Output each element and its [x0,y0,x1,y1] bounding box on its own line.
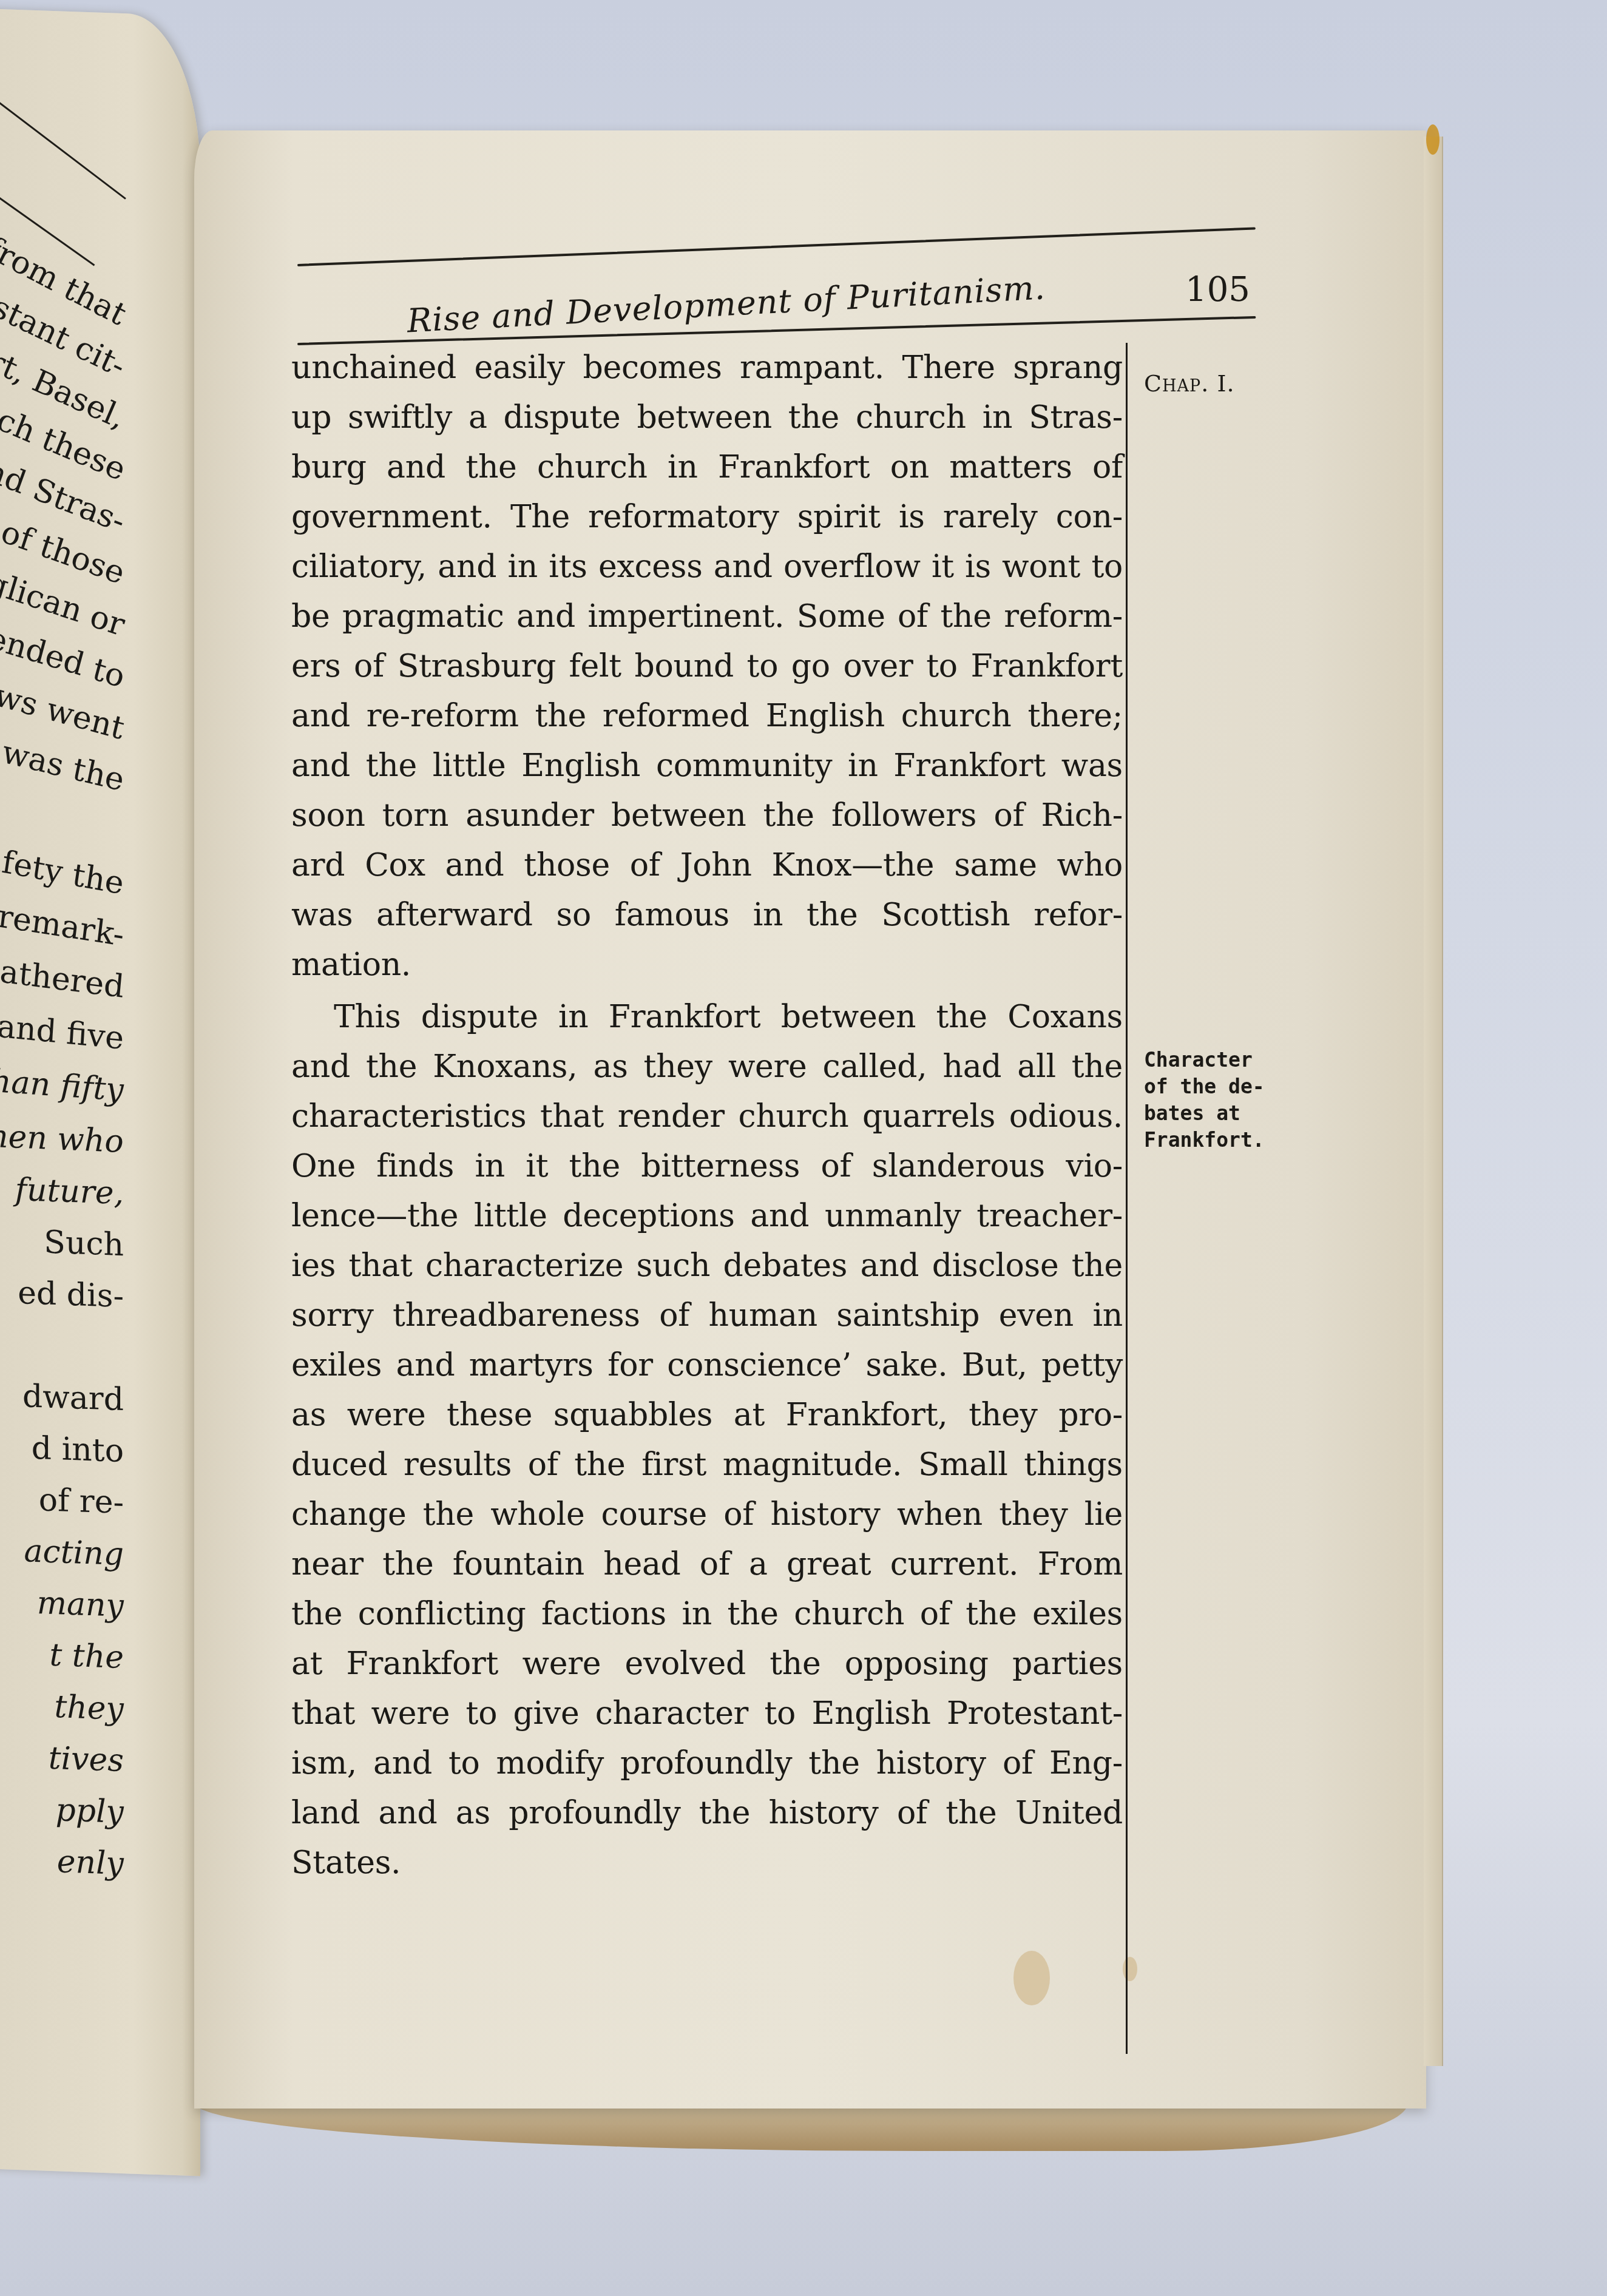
left-page-line: Such [44,1224,124,1263]
left-page-line: gathered [0,951,126,1005]
left-page-line: ed dis- [18,1275,124,1315]
text-line: exiles and martyrs for conscience’ sake.… [291,1340,1123,1390]
left-page-text-fragments: ed from thatrotestant cit-kfort, Basel,w… [0,8,200,16]
sidenote-chapter: Chap. I. [1144,370,1235,397]
left-page: ed from thatrotestant cit-kfort, Basel,w… [0,8,200,2176]
left-page-line: dward [22,1378,124,1418]
text-line: lence—the little deceptions and unmanly … [291,1191,1123,1241]
text-line: change the whole course of history when … [291,1490,1123,1539]
text-line: This dispute in Frankfort between the Co… [291,992,1123,1042]
left-page-line: safety the [0,838,126,902]
left-page-line: nen who [0,1118,124,1160]
text-line: ciliatory, and in its excess and overflo… [291,542,1123,592]
text-line: ism, and to modify profoundly the histor… [291,1738,1123,1788]
text-line: near the fountain head of a great curren… [291,1539,1123,1589]
sidenote-line: Frankfort. [1144,1127,1284,1153]
left-page-line: t the [49,1637,124,1676]
text-line: characteristics that render church quarr… [291,1092,1123,1141]
left-page-line: e remark- [0,894,126,954]
text-line: burg and the church in Frankfort on matt… [291,442,1123,492]
sidenote-topic: Characterof the de-bates atFrankfort. [1144,1047,1284,1153]
left-page-line: and five [0,1008,125,1057]
running-head: Rise and Development of Puritanism. 105 [297,252,1244,337]
text-line: duced results of the first magnitude. Sm… [291,1440,1123,1490]
page-fore-edge [1424,137,1443,2066]
left-page-line: of re- [39,1482,124,1521]
foxing-stain [1426,124,1440,155]
text-line: and the little English community in Fran… [291,741,1123,791]
head-rule-top [297,227,1256,266]
text-line: soon torn asunder between the followers … [291,791,1123,840]
left-page-line: future, [15,1172,124,1212]
text-line: government. The reformatory spirit is ra… [291,492,1123,542]
text-line: up swiftly a dispute between the church … [291,393,1123,442]
left-page-line: tives [49,1740,124,1779]
left-page-line: enly [57,1843,124,1882]
text-line: as were these squabbles at Frankfort, th… [291,1390,1123,1440]
page-number: 105 [1185,270,1250,309]
paragraph-gap [291,1888,1123,1890]
sidenote-line: Character [1144,1047,1284,1073]
text-line: the conflicting factions in the church o… [291,1589,1123,1639]
text-line: and re-reform the reformed English churc… [291,691,1123,741]
text-line: unchained easily becomes rampant. There … [291,343,1123,393]
book-photo: ed from thatrotestant cit-kfort, Basel,w… [0,0,1607,2296]
sidenote-line: bates at [1144,1100,1284,1127]
body-text: unchained easily becomes rampant. There … [291,343,1123,1890]
text-line: land and as profoundly the history of th… [291,1788,1123,1838]
left-head-rule [0,75,126,200]
text-line: ers of Strasburg felt bound to go over t… [291,641,1123,691]
foxing-stain [1123,1957,1137,1981]
text-line: mation. [291,940,1123,990]
text-line: at Frankfort were evolved the opposing p… [291,1639,1123,1689]
text-line: sorry threadbareness of human saintship … [291,1291,1123,1340]
text-line: be pragmatic and impertinent. Some of th… [291,592,1123,641]
left-page-line: d into [32,1430,124,1470]
page-stack-bottom-edge [194,2102,1408,2151]
left-page-line: many [37,1585,124,1624]
left-page-line: they [54,1689,124,1727]
margin-rule [1126,343,1128,2054]
foxing-stain [1013,1951,1050,2005]
left-page-line: han fifty [0,1063,124,1109]
text-line: was afterward so famous in the Scottish … [291,890,1123,940]
text-line: and the Knoxans, as they were called, ha… [291,1042,1123,1092]
left-page-line: acting [24,1533,124,1573]
left-page-line: pply [55,1792,124,1831]
text-line: ard Cox and those of John Knox—the same … [291,840,1123,890]
right-page: Rise and Development of Puritanism. 105 … [194,130,1426,2109]
text-line: ies that characterize such debates and d… [291,1241,1123,1291]
sidenote-line: of the de- [1144,1073,1284,1100]
text-line: that were to give character to English P… [291,1689,1123,1738]
text-line: One finds in it the bitterness of slande… [291,1141,1123,1191]
running-head-title: Rise and Development of Puritanism. [406,268,1046,340]
text-line: States. [291,1838,1123,1888]
